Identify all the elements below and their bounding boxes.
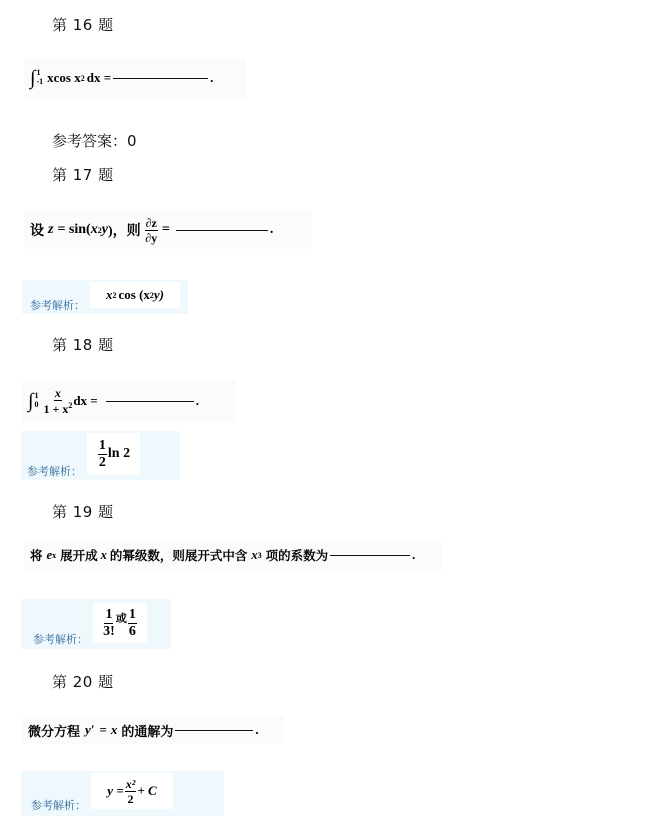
question-19-formula: 将 ex 展开成 x 的幂级数，则展开式中含 x3 项的系数为 . <box>24 540 442 570</box>
question-18-answer-box: 参考解析： 12 ln 2 <box>21 431 180 480</box>
integral-sign-icon: ∫ <box>30 67 35 90</box>
answer-blank <box>113 77 208 79</box>
question-17-title: 第 17 题 <box>52 164 114 185</box>
question-20-formula: 微分方程 y′ = x 的通解为 . <box>22 716 284 744</box>
answer-blank <box>330 554 410 556</box>
answer-blank <box>106 400 194 402</box>
answer-formula: 12 ln 2 <box>87 433 140 475</box>
answer-label: 参考解析： <box>33 631 88 647</box>
answer-formula: y = x²2 + C <box>91 773 173 809</box>
question-16-answer: 参考答案：0 <box>52 130 137 151</box>
answer-label: 参考解析： <box>27 463 82 479</box>
question-18-title: 第 18 题 <box>52 334 114 355</box>
question-16-formula: ∫ 1-1 xcos x2 dx = . <box>24 58 246 98</box>
answer-label: 参考解析： <box>31 797 86 813</box>
answer-blank <box>175 729 253 731</box>
answer-formula: 13! 或 16 <box>93 603 147 643</box>
question-16-title: 第 16 题 <box>52 14 114 35</box>
question-17-answer-box: 参考解析： x2 cos (x2y) <box>22 280 188 314</box>
integral-sign-icon: ∫ <box>28 390 33 413</box>
question-19-title: 第 19 题 <box>52 501 114 522</box>
question-17-formula: 设 z = sin( x2y )，则 ∂z∂y = . <box>24 211 312 249</box>
question-20-title: 第 20 题 <box>52 671 114 692</box>
question-19-answer-box: 参考解析： 13! 或 16 <box>21 599 171 649</box>
answer-label: 参考解析： <box>30 297 85 313</box>
question-20-answer-box: 参考解析： y = x²2 + C <box>21 771 224 816</box>
question-18-formula: ∫ 10 x1 + x2 dx = . <box>22 380 236 422</box>
answer-blank <box>176 229 268 231</box>
answer-formula: x2 cos (x2y) <box>90 282 180 308</box>
